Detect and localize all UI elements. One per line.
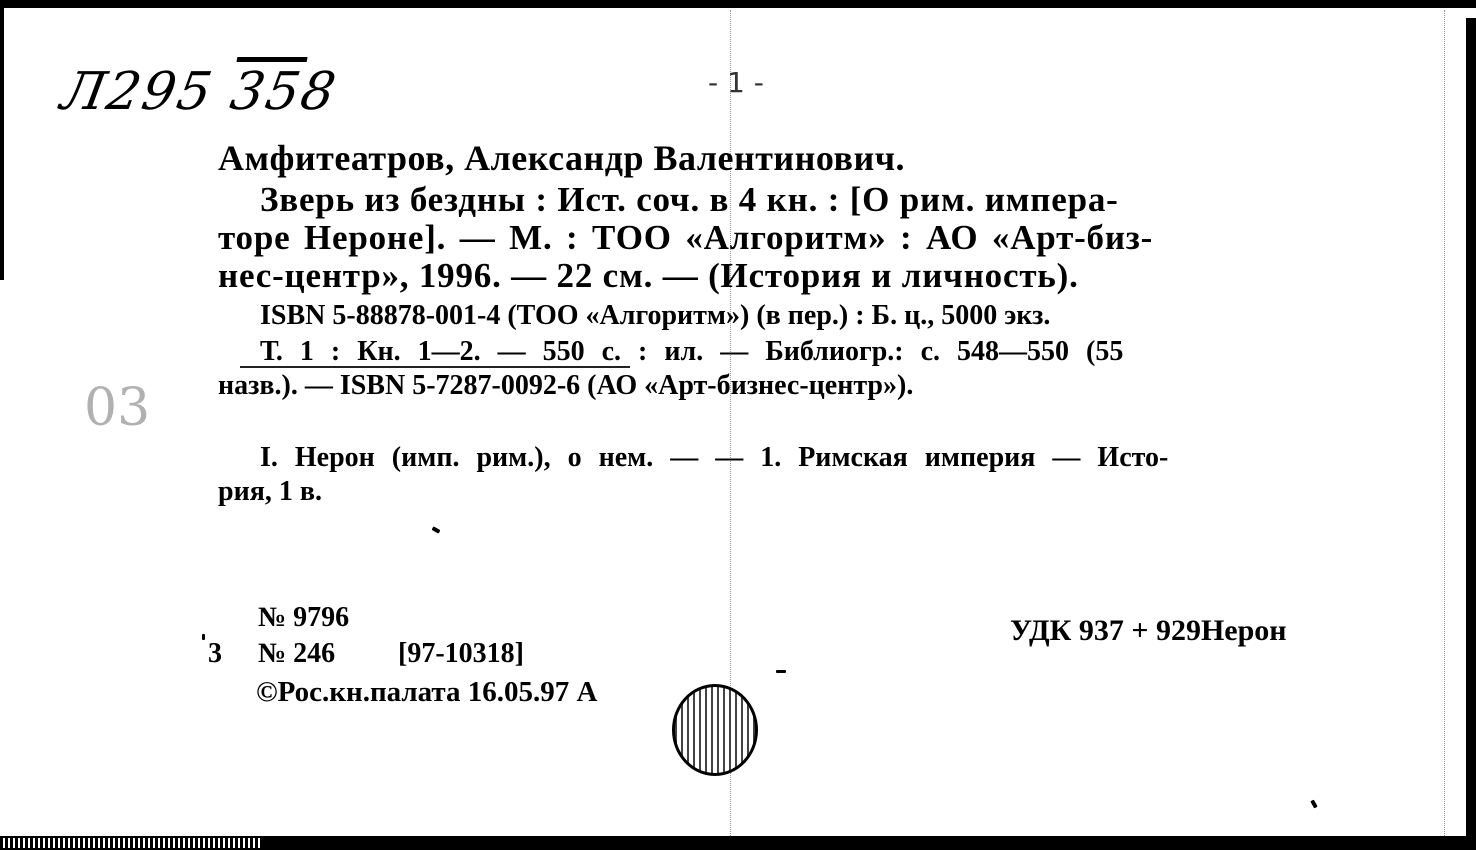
scan-border-pattern — [0, 838, 260, 848]
author-heading: Амфитеатров, Александр Валентинович. — [218, 140, 905, 176]
handwritten-shelfmark: Л295 358 — [57, 66, 341, 118]
registration-number: № 9796 — [258, 604, 349, 632]
title-line: Зверь из бездны : Ист. соч. в 4 кн. : [О… — [260, 182, 1119, 217]
scan-border-right — [1466, 18, 1476, 850]
scan-speck — [432, 526, 441, 533]
punch-hole-stamp — [672, 684, 758, 776]
catalog-card: Л295 358 - 1 - 03 Амфитеатров, Александр… — [0, 0, 1476, 850]
subject-line: I. Нерон (имп. рим.), о нем. — — 1. Римс… — [260, 444, 1168, 472]
isbn-line: ISBN 5-88878-001-4 (ТОО «Алгоритм») (в п… — [260, 302, 1050, 330]
bracket-code: [97-10318] — [398, 640, 524, 668]
scan-border-left — [0, 0, 4, 280]
copyright-line: ©Рос.кн.палата 16.05.97 А — [256, 678, 597, 707]
volume-line: Т. 1 : Кн. 1—2. — 550 с. : ил. — Библиог… — [260, 338, 1123, 366]
scan-border-top — [0, 0, 1476, 8]
scan-speck — [776, 670, 786, 673]
scan-speck — [202, 634, 205, 640]
title-line: торе Нероне]. — М. : ТОО «Алгоритм» : АО… — [218, 220, 1153, 255]
subject-line: рия, 1 в. — [218, 478, 322, 506]
shelfmark-prefix: Л295 — [57, 62, 218, 122]
title-line: нес-центр», 1996. — 22 см. — (История и … — [218, 258, 1079, 293]
shelfmark-suffix: 35 — [226, 62, 307, 122]
volume-line: назв.). — ISBN 5-7287-0092-6 (АО «Арт-би… — [218, 372, 913, 400]
scan-speck — [1310, 800, 1317, 809]
volume-underline — [240, 366, 630, 368]
udk-code: УДК 937 + 929Нерон — [1010, 616, 1287, 646]
faint-handwritten-mark: 03 — [84, 378, 150, 438]
registration-number: № 246 — [258, 640, 335, 668]
page-mark: - 1 - — [708, 66, 764, 99]
scan-guide-line — [1444, 10, 1445, 836]
side-number: 3 — [208, 640, 222, 668]
